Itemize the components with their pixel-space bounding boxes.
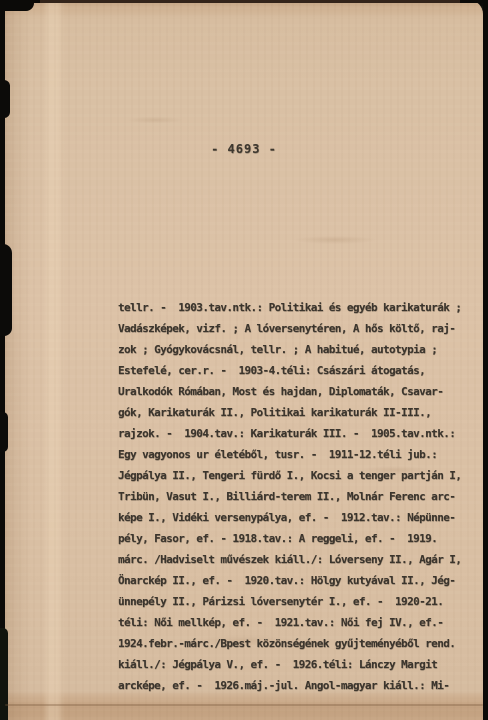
text-line: arcképe, ef. - 1926.máj.-jul. Angol-magy… [118,675,480,696]
text-line: Estefelé, cer.r. - 1903-4.téli: Császári… [118,360,480,381]
scan-edge-top [0,0,488,3]
scan-corner-top-left [0,0,34,11]
text-line: téli: Női mellkép, ef. - 1921.tav.: Női … [118,612,480,633]
text-line: képe I., Vidéki versenypálya, ef. - 1912… [118,507,480,528]
text-line: Önarckép II., ef. - 1920.tav.: Hölgy kut… [118,570,480,591]
text-line: kiáll./: Jégpálya V., ef. - 1926.téli: L… [118,654,480,675]
scanned-page: { "page": { "number_label": "- 4693 -" }… [0,0,488,720]
text-line: Vadászképek, vizf. ; A lóversenytéren, A… [118,318,480,339]
text-line: tellr. - 1903.tav.ntk.: Politikai és egy… [118,297,480,318]
text-line: Tribün, Vasut I., Billiárd-terem II., Mo… [118,486,480,507]
text-line: 1924.febr.-márc./Bpest közönségének gyűj… [118,633,480,654]
text-line: Jégpálya II., Tengeri fürdő I., Kocsi a … [118,465,480,486]
text-line: márc. /Hadviselt művészek kiáll./: Lóver… [118,549,480,570]
text-line: Uralkodók Rómában, Most és hajdan, Diplo… [118,381,480,402]
text-line: pély, Fasor, ef. - 1918.tav.: A reggeli,… [118,528,480,549]
text-line: zok ; Gyógykovácsnál, tellr. ; A habitué… [118,339,480,360]
text-line: ünnepély II., Párizsi lóversenytér I., e… [118,591,480,612]
scan-bottom-page-edge [5,704,483,706]
scan-blob-left-bottom [0,628,8,720]
scan-blob-left-3 [0,412,8,452]
text-line: rajzok. - 1904.tav.: Karikaturák III. - … [118,423,480,444]
typewritten-text-block: tellr. - 1903.tav.ntk.: Politikai és egy… [118,297,480,696]
scan-blob-left-1 [0,80,10,118]
text-line: gók, Karikaturák II., Politikai karikatu… [118,402,480,423]
text-line: Egy vagyonos ur életéből, tusr. - 1911-1… [118,444,480,465]
scan-blob-left-2 [0,244,12,336]
page-number: - 4693 - [0,142,488,156]
